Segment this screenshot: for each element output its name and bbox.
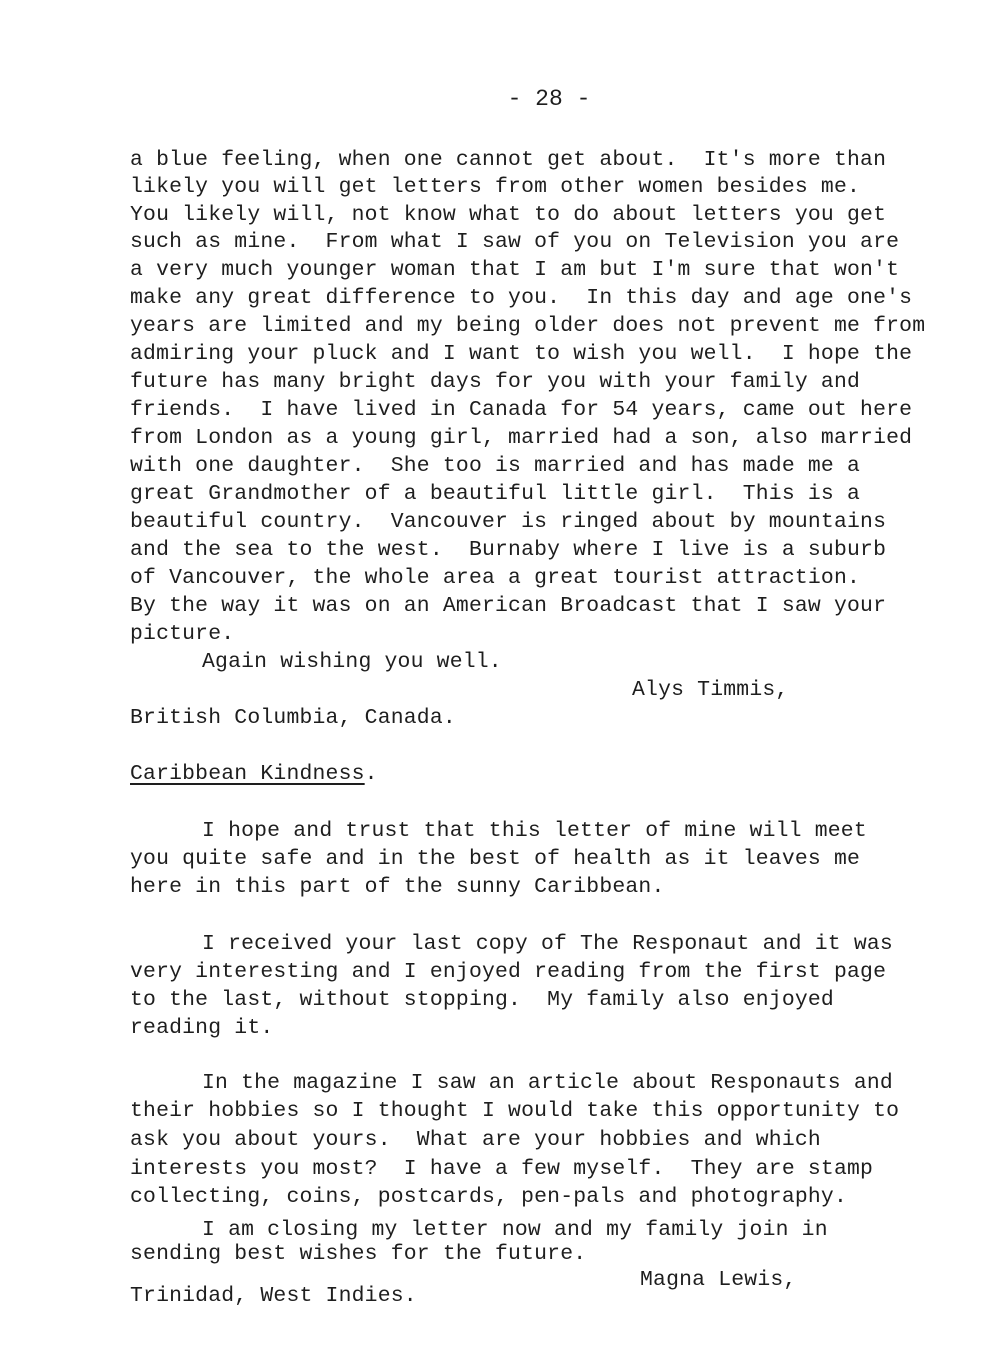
text-line: sending best wishes for the future. bbox=[130, 1240, 586, 1268]
text-line: likely you will get letters from other w… bbox=[130, 173, 860, 201]
text-line: such as mine. From what I saw of you on … bbox=[130, 228, 899, 256]
location: British Columbia, Canada. bbox=[130, 704, 456, 732]
text-line: with one daughter. She too is married an… bbox=[130, 452, 860, 480]
text-line: you quite safe and in the best of health… bbox=[130, 845, 860, 873]
closing-line: Again wishing you well. bbox=[202, 648, 502, 676]
text-line: future has many bright days for you with… bbox=[130, 368, 860, 396]
text-line: You likely will, not know what to do abo… bbox=[130, 201, 886, 229]
text-line: and the sea to the west. Burnaby where I… bbox=[130, 536, 886, 564]
text-line: from London as a young girl, married had… bbox=[130, 424, 912, 452]
text-line: a blue feeling, when one cannot get abou… bbox=[130, 146, 886, 174]
text-line: of Vancouver, the whole area a great tou… bbox=[130, 564, 860, 592]
text-line: very interesting and I enjoyed reading f… bbox=[130, 958, 886, 986]
text-line: collecting, coins, postcards, pen-pals a… bbox=[130, 1183, 847, 1211]
document-page: - 28 - a blue feeling, when one cannot g… bbox=[0, 0, 992, 1356]
heading-text: Caribbean Kindness bbox=[130, 762, 365, 786]
page-number: - 28 - bbox=[0, 86, 992, 112]
location: Trinidad, West Indies. bbox=[130, 1282, 417, 1310]
text-line: I received your last copy of The Respona… bbox=[202, 930, 893, 958]
section-heading: Caribbean Kindness. bbox=[130, 760, 378, 788]
text-line: ask you about yours. What are your hobbi… bbox=[130, 1126, 821, 1154]
heading-period: . bbox=[365, 762, 378, 786]
text-line: years are limited and my being older doe… bbox=[130, 312, 925, 340]
text-line: picture. bbox=[130, 620, 234, 648]
text-line: great Grandmother of a beautiful little … bbox=[130, 480, 860, 508]
text-line: admiring your pluck and I want to wish y… bbox=[130, 340, 912, 368]
signature: Alys Timmis, bbox=[632, 676, 788, 704]
text-line: By the way it was on an American Broadca… bbox=[130, 592, 886, 620]
text-line: I hope and trust that this letter of min… bbox=[202, 817, 867, 845]
text-line: to the last, without stopping. My family… bbox=[130, 986, 834, 1014]
text-line: beautiful country. Vancouver is ringed a… bbox=[130, 508, 886, 536]
signature: Magna Lewis, bbox=[640, 1266, 796, 1294]
text-line: In the magazine I saw an article about R… bbox=[202, 1069, 893, 1097]
text-line: their hobbies so I thought I would take … bbox=[130, 1097, 899, 1125]
text-line: here in this part of the sunny Caribbean… bbox=[130, 873, 665, 901]
text-line: reading it. bbox=[130, 1014, 273, 1042]
text-line: friends. I have lived in Canada for 54 y… bbox=[130, 396, 912, 424]
text-line: make any great difference to you. In thi… bbox=[130, 284, 912, 312]
text-line: a very much younger woman that I am but … bbox=[130, 256, 899, 284]
text-line: interests you most? I have a few myself.… bbox=[130, 1155, 873, 1183]
